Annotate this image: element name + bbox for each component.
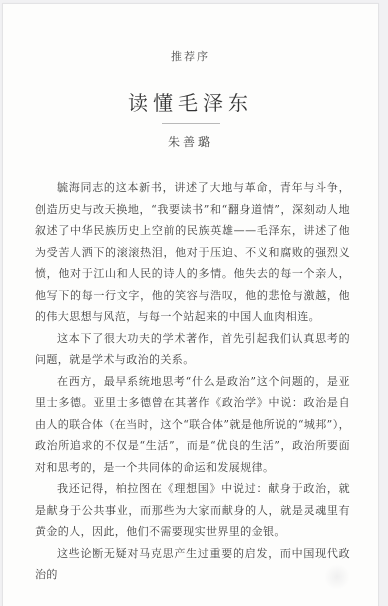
paragraph-4: 我还记得，柏拉图在《理想国》中说过：献身于政治，就是献身于公共事业，而那些为大家… xyxy=(35,478,350,543)
paragraph-3: 在西方，最早系统地思考“什么是政治”这个问题的，是亚里士多德。亚里士多德曾在其著… xyxy=(35,371,350,479)
section-label: 推荐序 xyxy=(3,48,378,64)
title-divider xyxy=(162,123,220,124)
paragraph-1: 毓海同志的这本新书，讲述了大地与革命，青年与斗争，创造历史与改天换地，“我要读书… xyxy=(35,177,350,328)
book-page[interactable]: 推荐序 读懂毛泽东 朱善璐 毓海同志的这本新书，讲述了大地与革命，青年与斗争，创… xyxy=(2,3,379,606)
chapter-title: 读懂毛泽东 xyxy=(3,87,378,116)
paragraph-2: 这本下了很大功夫的学术著作，首先引起我们认真思考的问题，就是学术与政治的关系。 xyxy=(35,328,350,371)
reader-background: { "page": { "section_label": "推荐序", "tit… xyxy=(0,0,388,606)
paragraph-5: 这些论断无疑对马克思产生过重要的启发，而中国现代政治的 xyxy=(35,543,350,586)
body-text: 毓海同志的这本新书，讲述了大地与革命，青年与斗争，创造历史与改天换地，“我要读书… xyxy=(3,177,378,586)
author-name: 朱善璐 xyxy=(3,133,378,150)
